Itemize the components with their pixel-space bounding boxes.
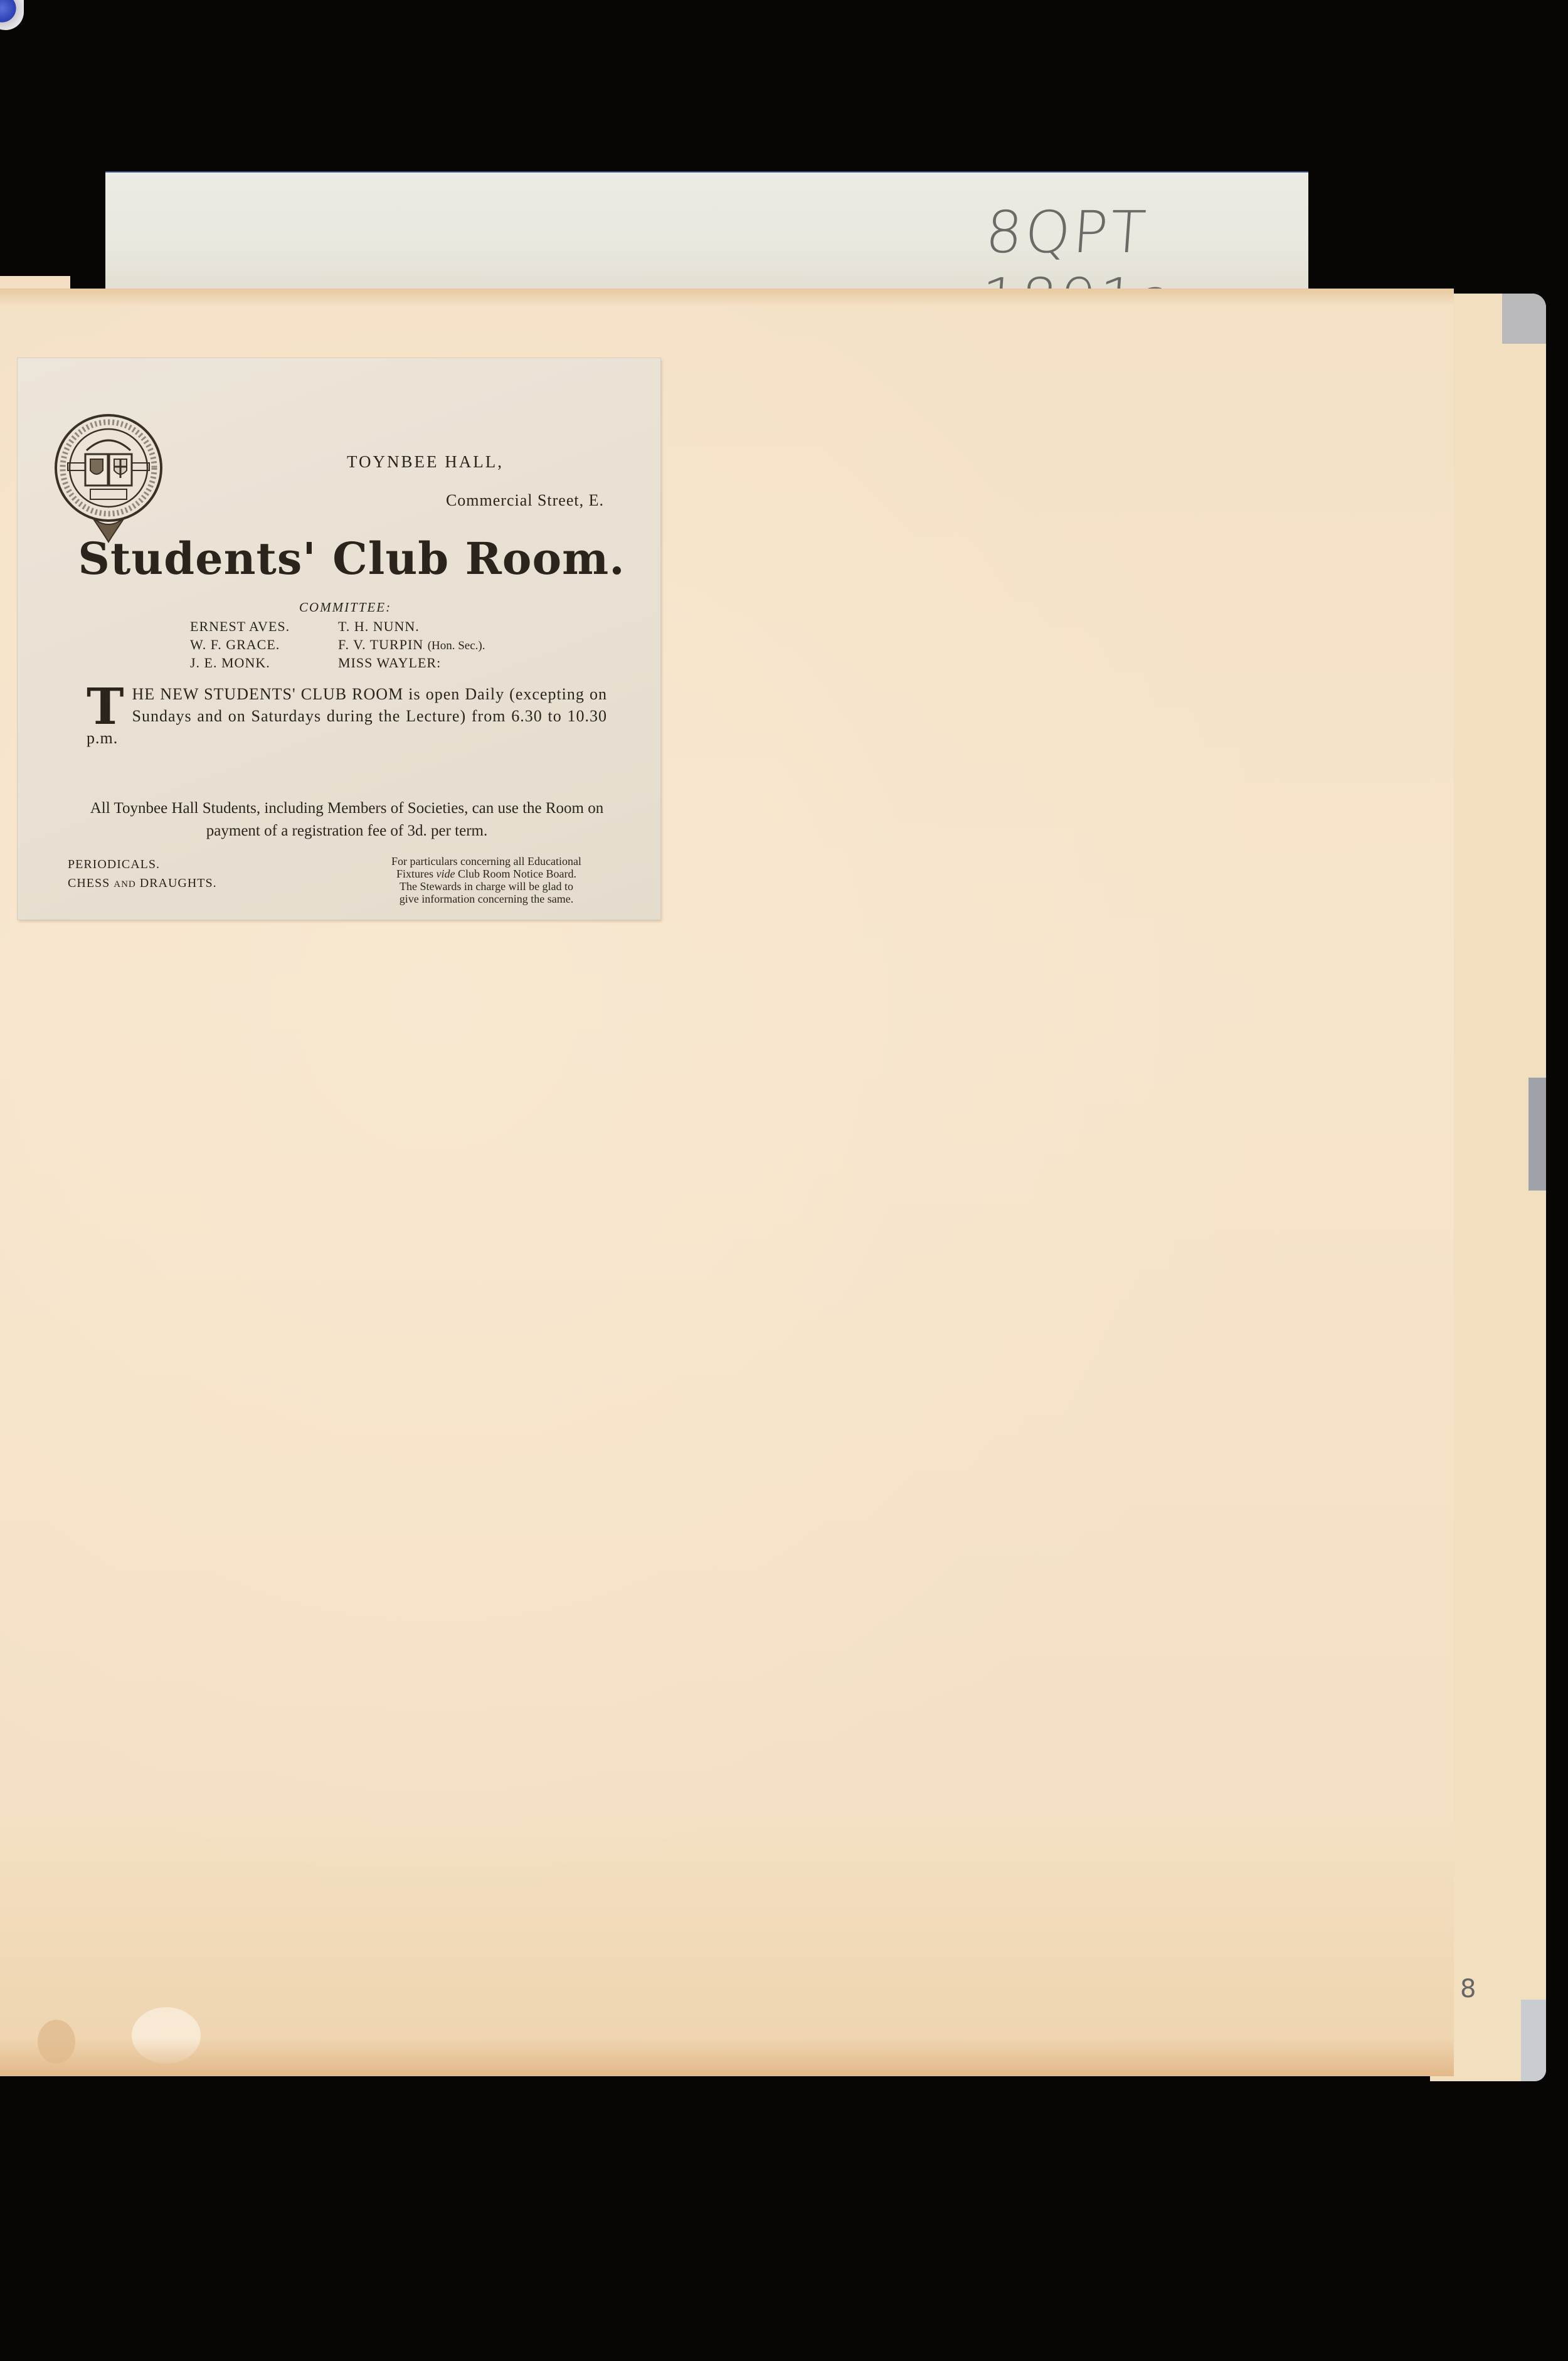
- committee-list: ERNEST AVES. T. H. NUNN. W. F. GRACE. F.…: [190, 618, 539, 671]
- backing-edge-mid: [1528, 1078, 1546, 1191]
- committee-member: MISS WAYLER:: [338, 655, 539, 671]
- university-settlement-seal-icon: [49, 411, 168, 543]
- amenity-item: PERIODICALS.: [68, 855, 217, 874]
- committee-label: COMMITTEE:: [18, 600, 660, 615]
- amenities-list: PERIODICALS. CHESS AND DRAUGHTS.: [68, 855, 217, 894]
- hon-sec-note: (Hon. Sec.).: [428, 639, 485, 652]
- club-room-card: TOYNBEE HALL, Commercial Street, E. Stud…: [18, 358, 660, 920]
- archive-label-slip: 8QPT 1891a: [105, 171, 1308, 298]
- amenity-item: CHESS AND DRAUGHTS.: [68, 874, 217, 894]
- committee-member: ERNEST AVES.: [190, 618, 338, 635]
- educational-fixtures-notice: For particulars concerning all Education…: [347, 855, 626, 905]
- backing-corner-top: [1502, 294, 1546, 344]
- push-pin-icon: [0, 0, 24, 30]
- address-line-2: Commercial Street, E.: [446, 491, 604, 510]
- opening-hours-paragraph: THE NEW STUDENTS' CLUB ROOM is open Dail…: [87, 683, 607, 749]
- registration-paragraph: All Toynbee Hall Students, including Mem…: [80, 797, 613, 842]
- page-number: 8: [1460, 1975, 1476, 2003]
- committee-member: J. E. MONK.: [190, 655, 338, 671]
- backing-corner-bottom: [1521, 2000, 1546, 2081]
- card-title: Students' Club Room.: [18, 533, 660, 585]
- committee-member: T. H. NUNN.: [338, 618, 539, 635]
- drop-cap: T: [87, 686, 125, 727]
- address-line-1: TOYNBEE HALL,: [347, 452, 504, 472]
- committee-member: W. F. GRACE.: [190, 637, 338, 653]
- committee-member: F. V. TURPIN (Hon. Sec.).: [338, 637, 539, 653]
